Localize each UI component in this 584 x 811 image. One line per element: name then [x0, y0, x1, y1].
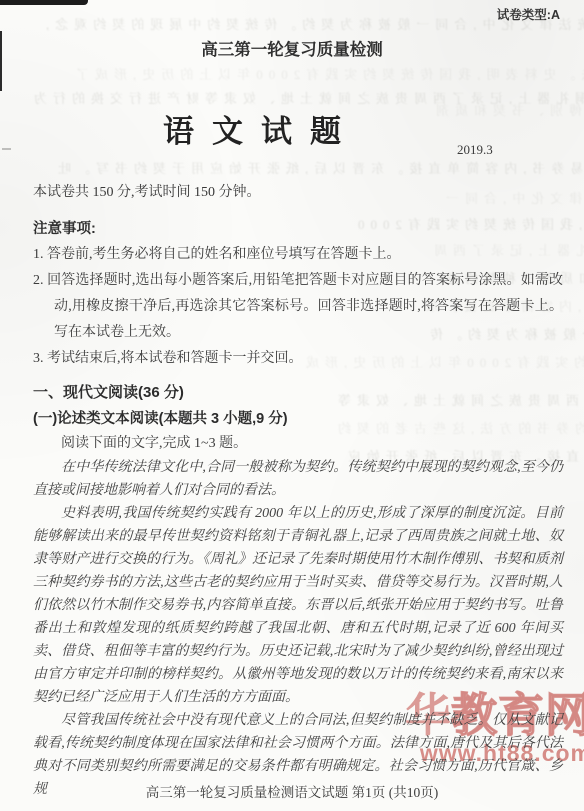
- exam-title: 高三第一轮复习质量检测: [0, 36, 584, 60]
- subsection-heading-argumentative-text: (一)论述类文本阅读(本题共 3 小题,9 分): [33, 406, 563, 432]
- subject-title: 语文试题: [163, 106, 359, 151]
- page-footer: 高三第一轮复习质量检测语文试题 第1页 (共10页): [0, 781, 584, 801]
- paper-type-label: 试卷类型:A: [497, 5, 560, 23]
- passage-paragraph-1: 在中华传统法律文化中,合同一般被称为契约。传统契约中展现的契约观念,至今仍直接或…: [33, 456, 563, 502]
- exam-date: 2019.3: [457, 142, 493, 158]
- main-content: 注意事项: 1. 答卷前,考生务必将自己的姓名和座位号填写在答题卡上。 2. 回…: [33, 218, 563, 801]
- notice-item-3: 3. 考试结束后,将本试卷和答题卡一并交回。: [33, 346, 563, 372]
- reading-instruction: 阅读下面的文字,完成 1~3 题。: [33, 432, 563, 456]
- passage-paragraph-2: 史料表明,我国传统契约实践有 2000 年以上的历史,形成了深厚的制度沉淀。目前…: [33, 502, 563, 709]
- section-heading-modern-reading: 一、现代文阅读(36 分): [33, 380, 563, 406]
- scan-artifact-left-edge: [0, 31, 2, 91]
- exam-paper-page: 在中华传统法律文化中,合同一般被称为契约。传统契约中展现的契约观念,法。史料表明…: [0, 0, 584, 811]
- scan-artifact-left-dash: [2, 148, 11, 150]
- notice-item-2: 2. 回答选择题时,选出每小题答案后,用铅笔把答题卡对应题目的答案标号涂黑。如需…: [33, 268, 563, 346]
- duration-note: 本试卷共 150 分,考试时间 150 分钟。: [33, 181, 261, 201]
- notice-heading: 注意事项:: [33, 218, 563, 240]
- notice-item-1: 1. 答卷前,考生务必将自己的姓名和座位号填写在答题卡上。: [33, 242, 563, 268]
- scan-artifact-top-edge: [0, 0, 88, 5]
